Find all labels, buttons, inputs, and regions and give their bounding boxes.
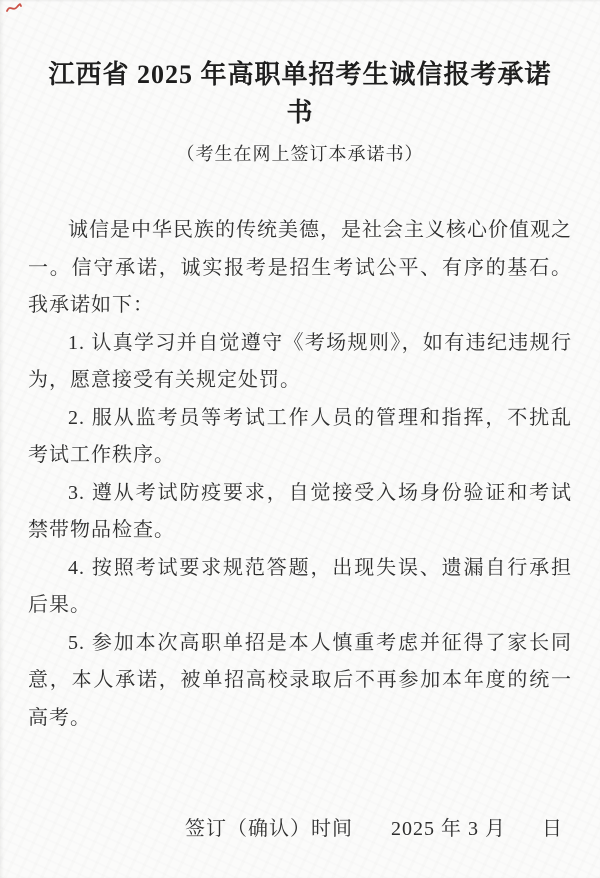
sign-day-suffix: 日 [542, 818, 563, 840]
document-title: 江西省 2025 年高职单招考生诚信报考承诺书 [48, 56, 552, 132]
intro-paragraph: 诚信是中华民族的传统美德，是社会主义核心价值观之一。信守承诺，诚实报考是招生考试… [28, 212, 572, 325]
commitment-item-4: 4. 按照考试要求规范答题，出现失误、遗漏自行承担后果。 [28, 550, 572, 625]
commitment-item-1: 1. 认真学习并自觉遵守《考场规则》，如有违纪违规行为，愿意接受有关规定处罚。 [28, 325, 572, 400]
document-body: 诚信是中华民族的传统美德，是社会主义核心价值观之一。信守承诺，诚实报考是招生考试… [28, 212, 572, 737]
red-scribble-mark-icon [6, 3, 22, 13]
document-subtitle: （考生在网上签订本承诺书） [0, 142, 600, 166]
commitment-item-2: 2. 服从监考员等考试工作人员的管理和指挥，不扰乱考试工作秩序。 [28, 400, 572, 475]
signature-date-line: 签订（确认）时间 2025 年 3 月 日 [0, 815, 563, 843]
document-page: 江西省 2025 年高职单招考生诚信报考承诺书 （考生在网上签订本承诺书） 诚信… [0, 0, 600, 878]
commitment-letter: 江西省 2025 年高职单招考生诚信报考承诺书 （考生在网上签订本承诺书） 诚信… [0, 0, 600, 843]
commitment-item-5: 5. 参加本次高职单招是本人慎重考虑并征得了家长同意，本人承诺，被单招高校录取后… [28, 625, 572, 738]
sign-date-value: 2025 年 3 月 [391, 818, 506, 840]
sign-time-label: 签订（确认）时间 [185, 818, 353, 840]
commitment-item-3: 3. 遵从考试防疫要求，自觉接受入场身份验证和考试禁带物品检查。 [28, 475, 572, 550]
